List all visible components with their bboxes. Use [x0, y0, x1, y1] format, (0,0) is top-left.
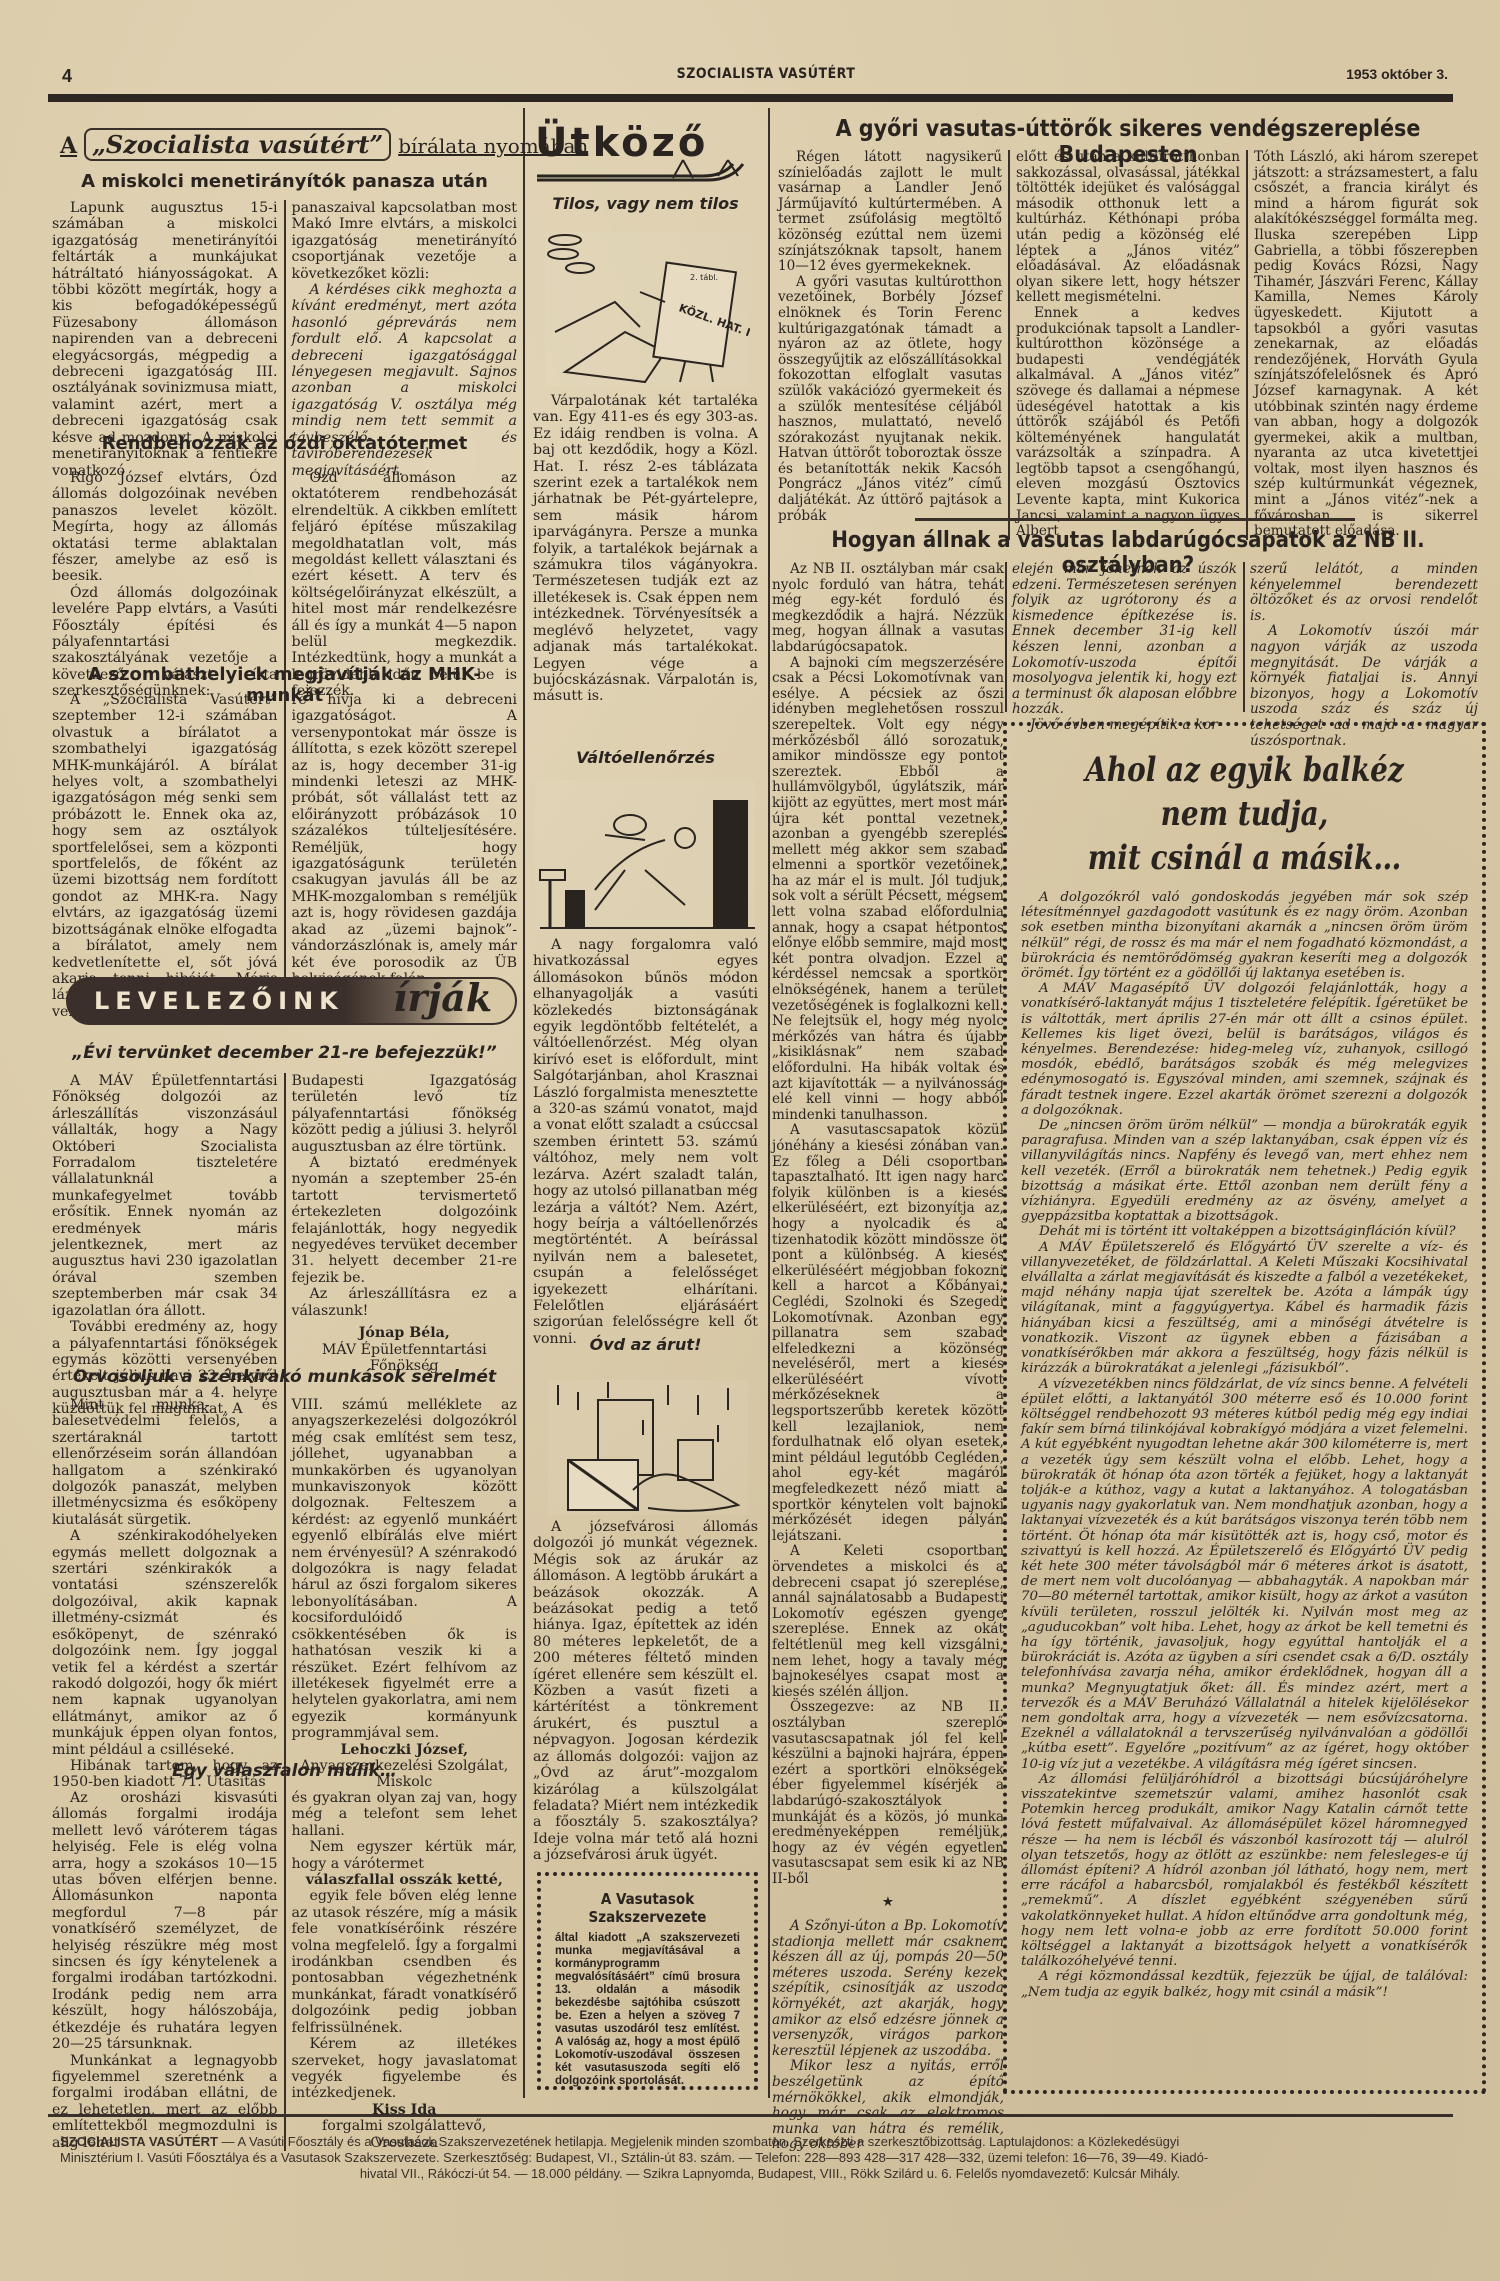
masthead-rule [48, 94, 1453, 102]
utkozo-logo: Ütköző [533, 118, 758, 180]
author-signature: Lehoczki József, [292, 1742, 518, 1758]
item-headline: Tilos, vagy nem tilos [533, 194, 758, 213]
issue-date: 1953 október 3. [1346, 66, 1448, 82]
column-divider [768, 108, 770, 2098]
footer-rule [48, 2114, 1453, 2117]
column-divider [1243, 562, 1245, 712]
item-body: A józsefvárosi állomás dolgozói jó munká… [533, 1519, 758, 1864]
article-szenkirako: Mint munka- és balesetvédelmi felelős, a… [52, 1397, 517, 1791]
ornamental-divider [915, 518, 1355, 521]
imprint-footer: SZOCIALISTA VASÚTÉRT — A Vasúti Főosztál… [60, 2134, 1480, 2182]
article-ahol-box: Ahol az egyik balkéz nem tudja, mit csin… [1003, 722, 1486, 2094]
svg-text:2. tábl.: 2. tábl. [690, 273, 718, 282]
article-headline: Rendbehozzák az ózdi oktatótermet [52, 433, 517, 454]
article-gyor: Régen látott nagysikerű színielőadás zaj… [778, 150, 1478, 540]
author-signature: Jónap Béla, [292, 1325, 518, 1341]
boxed-paper-name: „Szocialista vasútért” [84, 128, 391, 161]
column-divider [1005, 562, 1007, 712]
notice-box: A Vasutasok Szakszervezete által kiadott… [537, 1872, 758, 2090]
column-divider [523, 108, 525, 2098]
critique-section-title: A „Szocialista vasútért” bírálata nyomáb… [60, 128, 515, 161]
cartoon-goods-in-rain-illustration [548, 1380, 748, 1515]
article-headline: Orvosoljuk a szénkirakó munkások sérelmé… [52, 1367, 517, 1387]
item-body: Várpalotának két tartaléka van. Egy 411-… [533, 393, 758, 705]
article-football-pool-mid: elején már jöhetnek az úszók edzeni. Ter… [1012, 562, 1237, 734]
article-headline: A miskolci menetirányítók panasza után [52, 171, 517, 192]
article-oroshaza: Az orosházi kisvasúti állomás forgalmi i… [52, 1790, 517, 2151]
article-headline: Egy válaszfalon múlik… [52, 1761, 517, 1781]
star-separator-icon: ★ [772, 1895, 1004, 1911]
notice-title: A Vasutasok Szakszervezete [547, 1890, 748, 1926]
item-body: A nagy forgalomra való hivatkozással egy… [533, 937, 758, 1347]
cartoon-switch-inspection-illustration [535, 780, 755, 930]
masthead: 4 SZOCIALISTA VASÚTÉRT 1953 október 3. [62, 66, 1470, 88]
article-football-main: Az NB II. osztályban már csak nyolc ford… [772, 562, 1004, 2153]
article-szombathely: A „Szocialista Vasútért” szeptember 12-i… [52, 692, 517, 1020]
article-headline: Ahol az egyik balkéz nem tudja, mit csin… [1050, 748, 1440, 880]
item-headline: Óvd az árut! [533, 1335, 758, 1354]
buffer-stop-icon [533, 158, 758, 182]
article-headline: „Évi tervünket december 21-re befejezzük… [52, 1043, 517, 1063]
cartoon-rulebook-illustration: KÖZL. HAT. I. 2. tábl. [545, 232, 750, 387]
letters-banner: LEVELEZŐINK írják [66, 977, 517, 1025]
newspaper-title: SZOCIALISTA VASÚTÉRT [62, 66, 1470, 82]
article-ahol-body: A dolgozókról való gondoskodás jegyében … [1021, 890, 1468, 2000]
article-mav-epuletfenntartasi: A MÁV Épületfenntartási Főnökség dolgozó… [52, 1073, 517, 1418]
item-headline: Váltóellenőrzés [533, 748, 758, 767]
